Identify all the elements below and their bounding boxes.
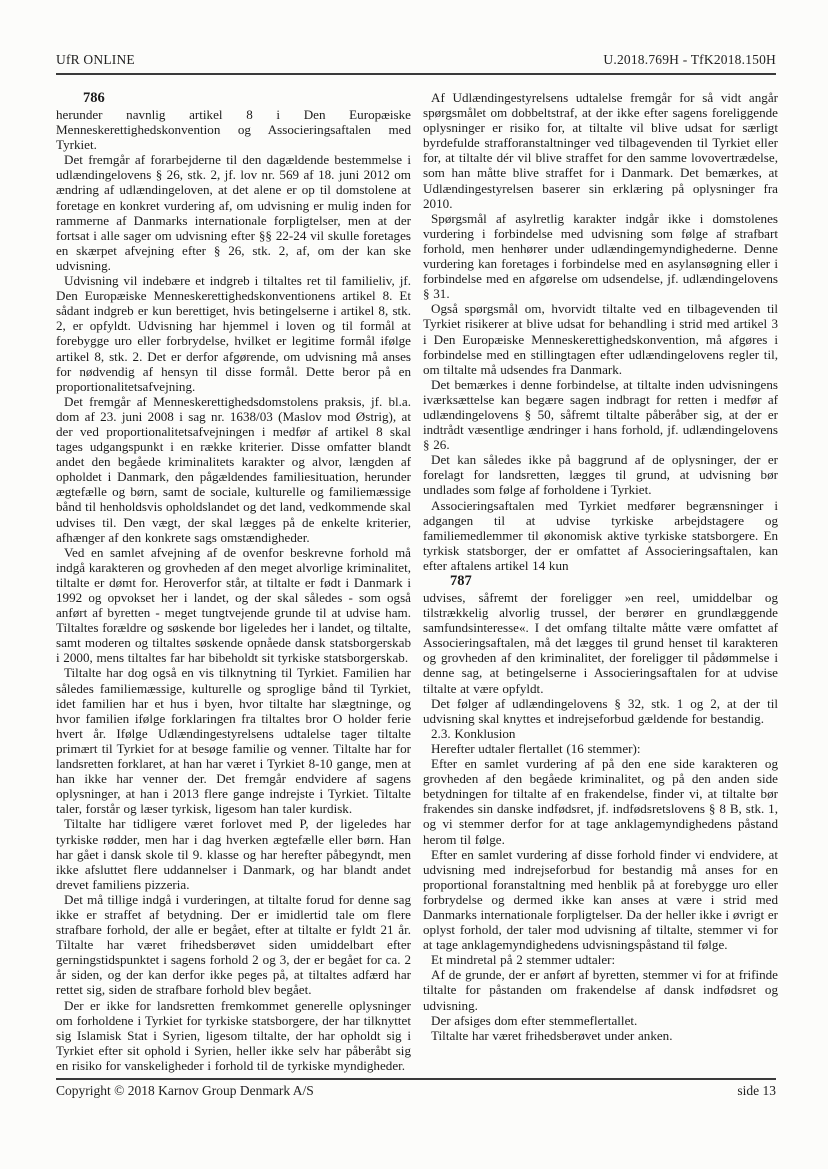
header-divider: [56, 73, 776, 75]
document-page: UfR ONLINE U.2018.769H - TfK2018.150H 78…: [0, 0, 828, 1169]
paragraph: udvises, såfremt der foreligger »en reel…: [423, 590, 778, 696]
paragraph: Det må tillige indgå i vurderingen, at t…: [56, 892, 411, 998]
paragraph: Det fremgår af Menneskerettighedsdomstol…: [56, 394, 411, 545]
column-right: Af Udlændingestyrelsens udtalelse fremgå…: [423, 90, 778, 1073]
paragraph: Det bemærkes i denne forbindelse, at til…: [423, 377, 778, 452]
paragraph: Spørgsmål af asylretlig karakter indgår …: [423, 211, 778, 302]
paragraph: Udvisning vil indebære et indgreb i tilt…: [56, 273, 411, 394]
paragraph: Associeringsaftalen med Tyrkiet medfører…: [423, 498, 778, 573]
header-publication-title: UfR ONLINE: [56, 52, 135, 68]
text-columns: 786herunder navnlig artikel 8 i Den Euro…: [56, 90, 778, 1073]
paragraph: Et mindretal på 2 stemmer udtaler:: [423, 952, 778, 967]
footer-divider: [56, 1078, 776, 1080]
column-left: 786herunder navnlig artikel 8 i Den Euro…: [56, 90, 411, 1073]
header-case-citation: U.2018.769H - TfK2018.150H: [603, 52, 776, 68]
paragraph: Efter en samlet vurdering af på den ene …: [423, 756, 778, 847]
paragraph: Efter en samlet vurdering af disse forho…: [423, 847, 778, 953]
paragraph: Det følger af udlændingelovens § 32, stk…: [423, 696, 778, 726]
paragraph: Der afsiges dom efter stemmeflertallet.: [423, 1013, 778, 1028]
paragraph: Ved en samlet afvejning af de ovenfor be…: [56, 545, 411, 666]
paragraph: Også spørgsmål om, hvorvidt tiltalte ved…: [423, 301, 778, 376]
paragraph: Af Udlændingestyrelsens udtalelse fremgå…: [423, 90, 778, 211]
paragraph: Af de grunde, der er anført af byretten,…: [423, 967, 778, 1012]
page-footer: Copyright © 2018 Karnov Group Denmark A/…: [56, 1083, 776, 1099]
footer-copyright: Copyright © 2018 Karnov Group Denmark A/…: [56, 1083, 314, 1099]
paragraph: Tiltalte har været frihedsberøvet under …: [423, 1028, 778, 1043]
paragraph: Herefter udtaler flertallet (16 stemmer)…: [423, 741, 778, 756]
page-break-marker: 786: [56, 90, 411, 107]
page-header: UfR ONLINE U.2018.769H - TfK2018.150H: [56, 52, 776, 68]
paragraph: Det kan således ikke på baggrund af de o…: [423, 452, 778, 497]
paragraph: Tiltalte har tidligere været forlovet me…: [56, 816, 411, 891]
paragraph: 2.3. Konklusion: [423, 726, 778, 741]
footer-page-number: side 13: [737, 1083, 776, 1099]
paragraph: Tiltalte har dog også en vis tilknytning…: [56, 665, 411, 816]
paragraph: Der er ikke for landsretten fremkommet g…: [56, 998, 411, 1073]
paragraph: Det fremgår af forarbejderne til den dag…: [56, 152, 411, 273]
page-break-marker: 787: [423, 573, 778, 590]
paragraph: herunder navnlig artikel 8 i Den Europæi…: [56, 107, 411, 152]
